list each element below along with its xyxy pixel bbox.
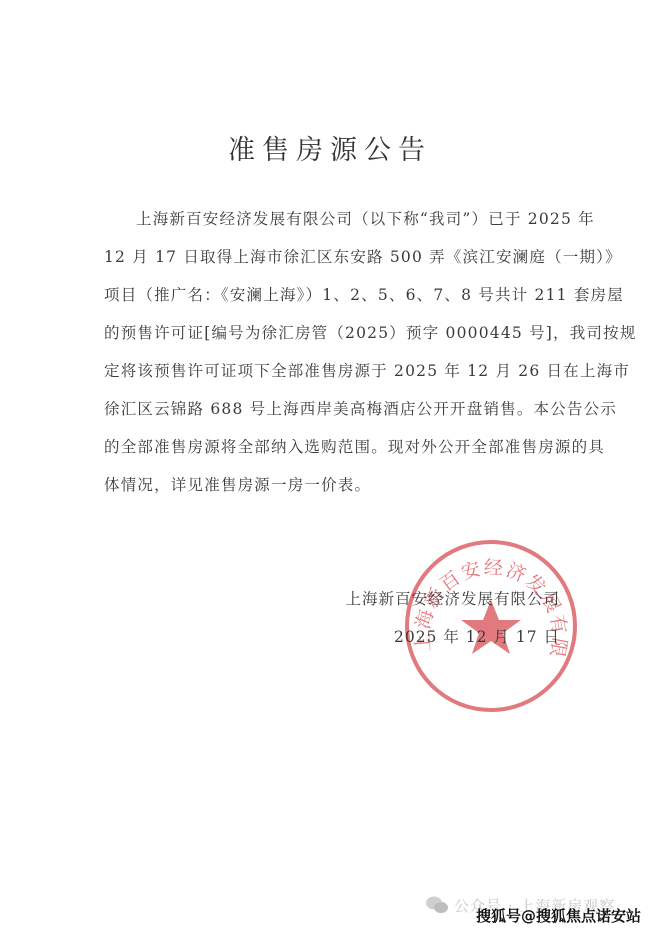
sohu-watermark: 搜狐号@搜狐焦点诺安站 (476, 905, 641, 926)
signature-block: 上海新百安经济发展有限公司 2025 年 12 月 17 日 (345, 580, 560, 656)
signature-company: 上海新百安经济发展有限公司 (345, 580, 560, 618)
document-title: 准售房源公告 (0, 128, 660, 167)
body-line: 项目（推广名：《安澜上海》）1、2、5、6、7、8 号共计 211 套房屋 (104, 276, 564, 314)
body-line: 12 月 17 日取得上海市徐汇区东安路 500 弄《滨江安澜庭（一期）》 (104, 238, 564, 276)
announcement-body: 上海新百安经济发展有限公司（以下称“我司”）已于 2025 年 12 月 17 … (104, 200, 564, 504)
body-line: 上海新百安经济发展有限公司（以下称“我司”）已于 2025 年 (104, 200, 564, 238)
body-line: 的预售许可证[编号为徐汇房管（2025）预字 0000445 号]，我司按规 (104, 314, 564, 352)
body-line: 体情况，详见准售房源一房一价表。 (104, 466, 564, 504)
wechat-icon (426, 896, 448, 914)
signature-date: 2025 年 12 月 17 日 (345, 618, 560, 656)
body-line: 的全部准售房源将全部纳入选购范围。现对外公开全部准售房源的具 (104, 428, 564, 466)
body-line: 徐汇区云锦路 688 号上海西岸美高梅酒店公开开盘销售。本公告公示 (104, 390, 564, 428)
body-line: 定将该预售许可证项下全部准售房源于 2025 年 12 月 26 日在上海市 (104, 352, 564, 390)
